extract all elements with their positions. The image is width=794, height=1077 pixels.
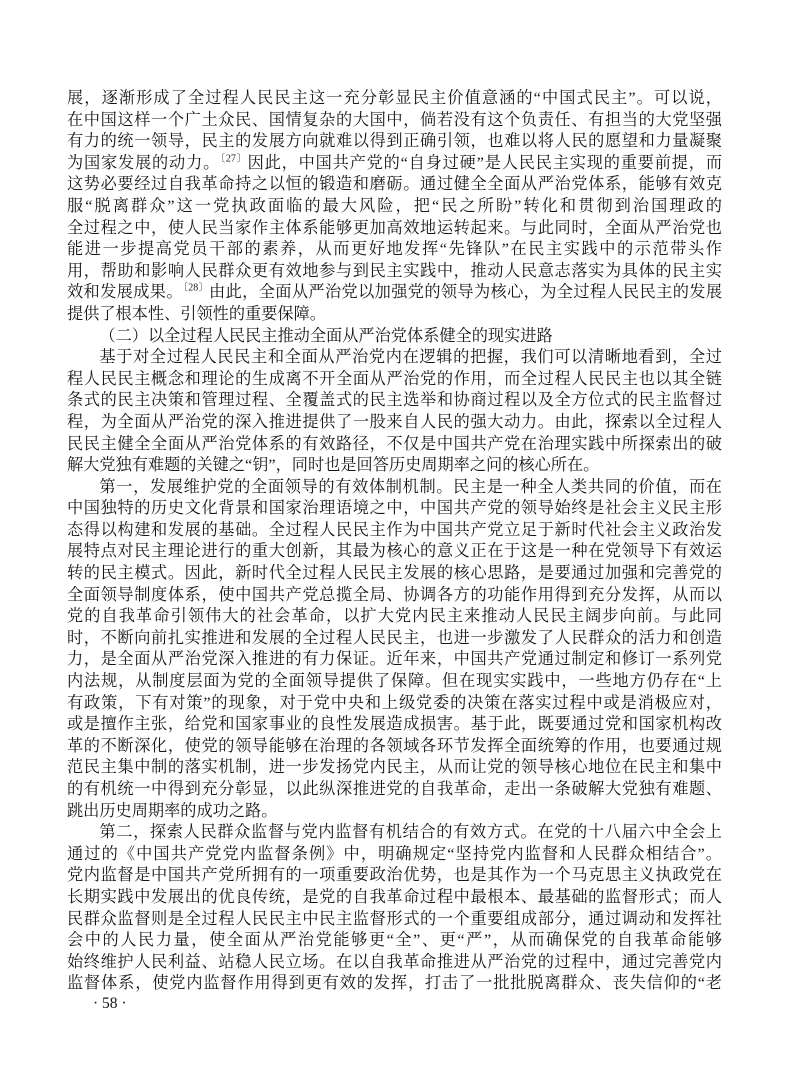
text-line: 党内监督是中国共产党所拥有的一项重要政治优势，也是其作为一个马克思主义执政党在 [67,865,722,887]
text-line: 范民主集中制的落实机制，进一步发扬党内民主，从而让党的领导核心地位在民主和集中 [67,757,722,779]
text-line: 基于对全过程人民民主和全面从严治党内在逻辑的把握，我们可以清晰地看到，全过 [67,347,722,369]
text-line: 解大党独有难题的关键之“钥”，同时也是回答历史周期率之问的核心所在。 [67,455,722,477]
text-line: 中国独特的历史文化背景和国家治理语境之中，中国共产党的领导始终是社会主义民主形 [67,498,722,520]
subsection-heading: （二）以全过程人民民主推动全面从严治党体系健全的现实进路 [67,326,722,348]
text-line: 态得以构建和发展的基础。全过程人民民主作为中国共产党立足于新时代社会主义政治发 [67,520,722,542]
text-line: 长期实践中发展出的优良传统，是党的自我革命过程中最根本、最基础的监督形式；而人 [67,887,722,909]
text-line: 会中的人民力量，使全面从严治党能够更“全”、更“严”，从而确保党的自我革命能够 [67,930,722,952]
text-line: 有政策，下有对策”的现象，对于党中央和上级党委的决策在落实过程中或是消极应对， [67,693,722,715]
text-line: 通过的《中国共产党党内监督条例》中，明确规定“坚持党内监督和人民群众相结合”。 [67,844,722,866]
text-line: 或是擅作主张，给党和国家事业的良性发展造成损害。基于此，既要通过党和国家机构改 [67,714,722,736]
text-line: 监督体系，使党内监督作用得到更有效的发挥，打击了一批批脱离群众、丧失信仰的“老 [67,973,722,995]
footnote-ref: 〔27〕 [220,153,247,164]
footnote-ref: 〔28〕 [183,283,209,294]
text-line: 这势必要经过自我革命持之以恒的锻造和磨砺。通过健全全面从严治党体系，能够有效克 [67,174,722,196]
text-line: 革的不断深化，使党的领导能够在治理的各领域各环节发挥全面统筹的作用，也要通过规 [67,736,722,758]
text-line: 第一，发展维护党的全面领导的有效体制机制。民主是一种全人类共同的价值，而在 [67,477,722,499]
text-line: 为国家发展的动力。〔27〕因此，中国共产党的“自身过硬”是人民民主实现的重要前提… [67,153,722,175]
text-line: 第二，探索人民群众监督与党内监督有机结合的有效方式。在党的十八届六中全会上 [67,822,722,844]
text-line: 转的民主模式。因此，新时代全过程人民民主发展的核心思路，是要通过加强和完善党的 [67,563,722,585]
text-line: 民民主健全全面从严治党体系的有效路径，不仅是中国共产党在治理实践中所探索出的破 [67,434,722,456]
text-line: 时，不断向前扎实推进和发展的全过程人民民主，也进一步激发了人民群众的活力和创造 [67,628,722,650]
article-body: 展，逐渐形成了全过程人民民主这一充分彰显民主价值意涵的“中国式民主”。可以说，在… [67,88,722,995]
text-line: 程人民民主概念和理论的生成离不开全面从严治党的作用，而全过程人民民主也以其全链 [67,369,722,391]
text-line: 的有机统一中得到充分彰显，以此纵深推进党的自我革命，走出一条破解大党独有难题、 [67,779,722,801]
text-line: 始终维护人民利益、站稳人民立场。在以自我革命推进从严治党的过程中，通过完善党内 [67,952,722,974]
text-line: 全过程之中，使人民当家作主体系能够更加高效地运转起来。与此同时，全面从严治党也 [67,218,722,240]
text-line: 全面领导制度体系，使中国共产党总揽全局、协调各方的功能作用得到充分发挥，从而以 [67,585,722,607]
text-line: 服“脱离群众”这一党执政面临的最大风险，把“民之所盼”转化和贯彻到治国理政的 [67,196,722,218]
text-line: 展，逐渐形成了全过程人民民主这一充分彰显民主价值意涵的“中国式民主”。可以说， [67,88,722,110]
text-line: 程，为全面从严治党的深入推进提供了一股来自人民的强大动力。由此，探索以全过程人 [67,412,722,434]
text-line: 用，帮助和影响人民群众更有效地参与到民主实践中，推动人民意志落实为具体的民主实 [67,261,722,283]
text-line: 效和发展成果。〔28〕由此，全面从严治党以加强党的领导为核心，为全过程人民民主的… [67,282,722,304]
text-line: 党的自我革命引领伟大的社会革命，以扩大党内民主来推动人民民主阔步向前。与此同 [67,606,722,628]
text-line: 跳出历史周期率的成功之路。 [67,801,722,823]
text-line: 有力的统一领导，民主的发展方向就难以得到正确引领，也难以将人民的愿望和力量凝聚 [67,131,722,153]
journal-page: 展，逐渐形成了全过程人民民主这一充分彰显民主价值意涵的“中国式民主”。可以说，在… [0,0,794,1077]
text-line: 内法规，从制度层面为党的全面领导提供了保障。但在现实实践中，一些地方仍存在“上 [67,671,722,693]
text-line: 条式的民主决策和管理过程、全覆盖式的民主选举和协商过程以及全方位式的民主监督过 [67,390,722,412]
text-line: 在中国这样一个广土众民、国情复杂的大国中，倘若没有这个负责任、有担当的大党坚强 [67,110,722,132]
text-line: 展特点对民主理论进行的重大创新，其最为核心的意义正在于这是一种在党领导下有效运 [67,541,722,563]
text-line: 提供了根本性、引领性的重要保障。 [67,304,722,326]
page-number: · 58 · [93,995,127,1013]
text-line: 力，是全面从严治党深入推进的有力保证。近年来，中国共产党通过制定和修订一系列党 [67,649,722,671]
text-line: 能进一步提高党员干部的素养，从而更好地发挥“先锋队”在民主实践中的示范带头作 [67,239,722,261]
text-line: 民群众监督则是全过程人民民主中民主监督形式的一个重要组成部分，通过调动和发挥社 [67,909,722,931]
